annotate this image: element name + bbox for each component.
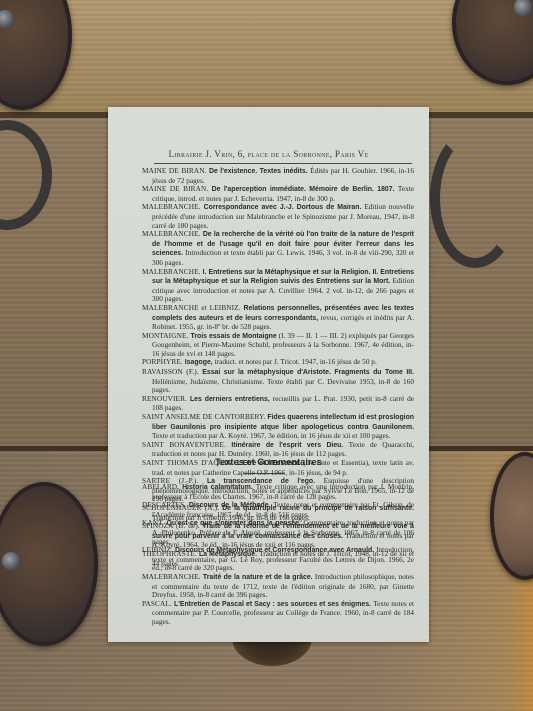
entry-author: MALEBRANCHE et LEIBNIZ. xyxy=(142,303,243,312)
entry-author: MALEBRANCHE. xyxy=(142,572,203,581)
entry-title: Les derniers entretiens, xyxy=(190,396,273,403)
entry-title: De l'aperception immédiate. Mémoire de B… xyxy=(212,186,398,193)
entry-details: Hellénisme, Judaïsme, Christianisme. Tex… xyxy=(152,377,414,395)
entry-author: MONTAIGNE. xyxy=(142,331,191,340)
entry-details: traduct. et notes par J. Tricot. 1947, i… xyxy=(215,357,377,366)
catalogue-entry: RAVAISSON (F.). Essai sur la métaphysiqu… xyxy=(142,368,414,395)
catalogue-entry: MONTAIGNE. Trois essais de Montaigne (I.… xyxy=(142,332,414,359)
entry-title: Discours de Métaphysique et Correspondan… xyxy=(175,547,376,554)
book-back-cover: Librairie J. Vrin, 6, place de la Sorbon… xyxy=(108,107,429,642)
entry-author: RAVAISSON (F.). xyxy=(142,367,202,376)
entry-title: Traité de la nature et de la grâce. xyxy=(203,574,315,581)
catalogue-entry: DESCARTES. Discours de la Méthode. Texte… xyxy=(142,501,414,519)
entry-author: MALEBRANCHE. xyxy=(142,202,204,211)
entry-author: ABELARD. xyxy=(142,482,182,491)
wheel-hub xyxy=(2,552,20,570)
catalogue-entry: MALEBRANCHE. Traité de la nature et de l… xyxy=(142,573,414,600)
entry-author: SAINT BONAVENTURE. xyxy=(142,440,231,449)
catalogue-entry: MALEBRANCHE. De la recherche de la vérit… xyxy=(142,230,414,267)
catalogue-entry: MAINE DE BIRAN. De l'existence. Textes i… xyxy=(142,167,414,185)
wheel-hub xyxy=(514,0,532,16)
catalogue-entry: LEIBNIZ. Discours de Métaphysique et Cor… xyxy=(142,546,414,573)
entry-title: Historia calamitatum. xyxy=(182,484,256,491)
catalogue-entry: PASCAL. L'Entretien de Pascal et Sacy : … xyxy=(142,600,414,627)
catalogue-entry: SAINT ANSELME DE CANTORBERY. Fides quaer… xyxy=(142,413,414,441)
entry-author: DESCARTES. xyxy=(142,500,189,509)
entry-author: PORPHYRE. xyxy=(142,357,185,366)
catalogue-entry: MALEBRANCHE et LEIBNIZ. Relations person… xyxy=(142,304,414,332)
publisher-header: Librairie J. Vrin, 6, place de la Sorbon… xyxy=(108,149,429,159)
entry-title: Essai sur la métaphysique d'Aristote. Fr… xyxy=(202,369,414,376)
section-title: Textes et Commentaires xyxy=(108,457,429,467)
catalogue-entry: MALEBRANCHE. Correspondance avec J.-J. D… xyxy=(142,203,414,230)
catalogue-entry: RENOUVIER. Les derniers entretiens, recu… xyxy=(142,395,414,413)
catalogue-entry: KANT. Qu'est-ce que s'orienter dans la p… xyxy=(142,519,414,546)
entry-author: LEIBNIZ. xyxy=(142,545,175,554)
section-divider xyxy=(244,473,284,474)
catalogue-entry: ABELARD. Historia calamitatum. Texte cri… xyxy=(142,483,414,501)
entry-title: Discours de la Méthode. xyxy=(189,502,273,509)
entry-author: MALEBRANCHE. xyxy=(142,267,203,276)
entry-title: De l'existence. Textes inédits. xyxy=(209,168,310,175)
entry-author: KANT. xyxy=(142,518,167,527)
entry-details: Introduction et texte établi par G. Lewi… xyxy=(152,248,414,267)
entry-author: RENOUVIER. xyxy=(142,394,190,403)
entry-title: Isagoge, xyxy=(185,359,215,366)
entry-author: MALEBRANCHE. xyxy=(142,229,203,238)
entry-author: SAINT ANSELME DE CANTORBERY. xyxy=(142,412,267,421)
wheel-hub xyxy=(0,10,14,28)
header-divider xyxy=(154,163,412,164)
entry-author: PASCAL. xyxy=(142,599,174,608)
entry-title: Itinéraire de l'esprit vers Dieu. xyxy=(231,442,348,449)
entry-author: MAINE DE BIRAN. xyxy=(142,166,209,175)
catalogue-entry: MALEBRANCHE. I. Entretiens sur la Métaph… xyxy=(142,268,414,304)
textes-commentaires-list: ABELARD. Historia calamitatum. Texte cri… xyxy=(142,483,414,627)
entry-author: MAINE DE BIRAN. xyxy=(142,184,212,193)
entry-title: L'Entretien de Pascal et Sacy : ses sour… xyxy=(174,601,373,608)
entry-title: Trois essais de Montaigne xyxy=(191,333,279,340)
entry-title: Correspondance avec J.-J. Dortous de Mai… xyxy=(204,204,365,211)
entry-title: Qu'est-ce que s'orienter dans la pensée. xyxy=(167,520,304,527)
catalogue-entry: MAINE DE BIRAN. De l'aperception immédia… xyxy=(142,185,414,203)
painted-mark-right xyxy=(430,128,520,268)
